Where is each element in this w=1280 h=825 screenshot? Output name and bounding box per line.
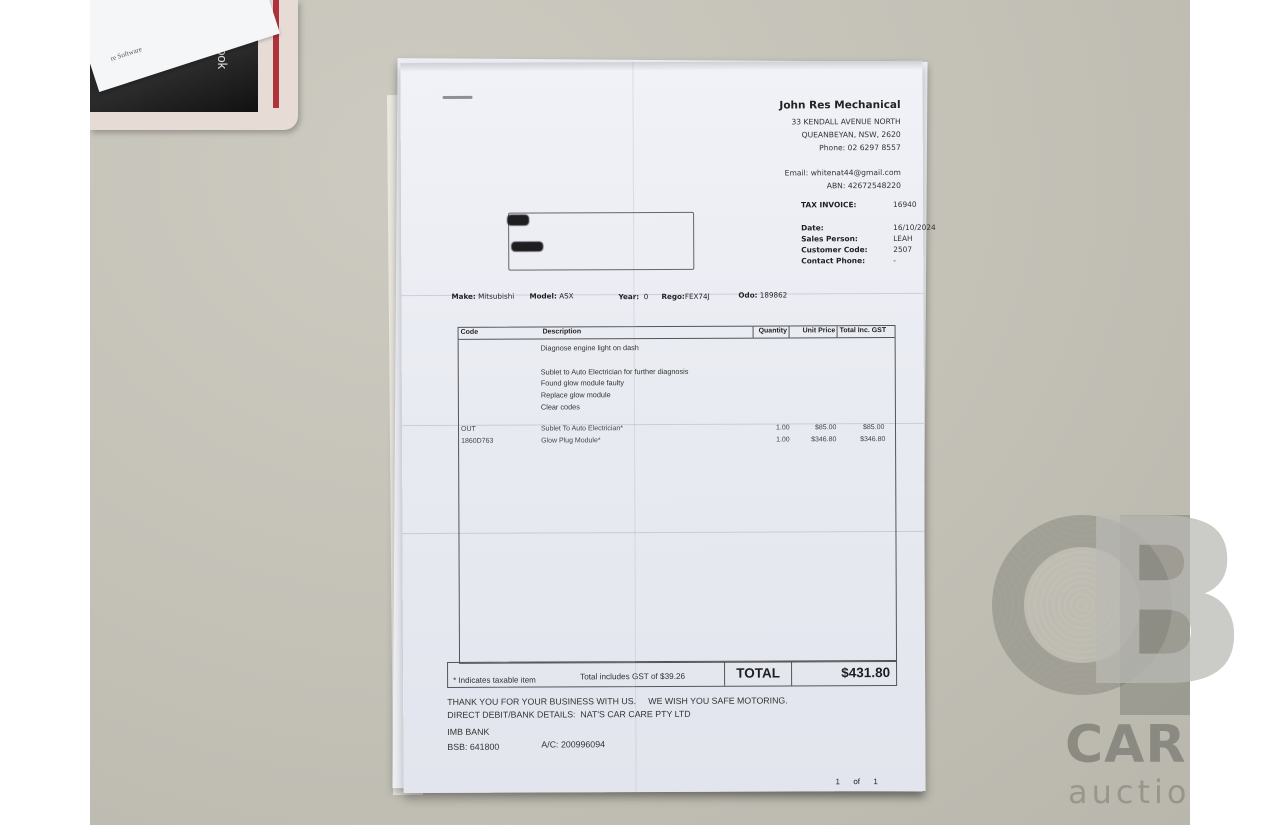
model-label: Model: <box>529 291 556 300</box>
bank-details: DIRECT DEBIT/BANK DETAILS: NAT'S CAR CAR… <box>447 707 690 723</box>
company-header: John Res Mechanical 33 KENDALL AVENUE NO… <box>779 99 901 193</box>
photo-background: ion book re Software John Res Mechanical… <box>90 0 1190 825</box>
total-amount: $431.80 <box>841 661 890 685</box>
tax-invoice-label: TAX INVOICE: <box>801 199 893 210</box>
header-quantity: Quantity <box>759 327 787 334</box>
page-total: 1 <box>873 777 877 786</box>
sales-person-label: Sales Person: <box>801 233 893 244</box>
company-address-1: 33 KENDALL AVENUE NORTH <box>779 115 900 129</box>
table-header: Code Description Quantity Unit Price Tot… <box>459 326 895 340</box>
page-number: 1 of 1 <box>836 777 878 786</box>
bank-name: IMB BANK <box>447 725 489 740</box>
row-description: Glow Plug Module* <box>541 437 601 444</box>
row-quantity: 1.00 <box>776 436 790 443</box>
header-code: Code <box>461 329 479 336</box>
company-address-2: QUEANBEYAN, NSW, 2620 <box>780 128 901 142</box>
row-unit-price: $346.80 <box>811 436 836 443</box>
service-booklet: ion book re Software <box>90 0 305 148</box>
page-of: of <box>853 777 860 786</box>
gst-note: Total includes GST of $39.26 <box>580 672 685 681</box>
redaction-mark <box>511 242 543 252</box>
year-label: Year: <box>618 292 639 301</box>
bsb-number: BSB: 641800 <box>447 740 499 755</box>
row-unit-price: $85.00 <box>815 424 836 431</box>
table-row: 1860D763 Glow Plug Module* 1.00 $346.80 … <box>459 436 895 450</box>
row-code: 1860D763 <box>461 438 493 445</box>
odo-value: 189862 <box>760 290 787 299</box>
job-note <box>541 354 689 366</box>
customer-code-value: 2507 <box>893 244 912 255</box>
job-note: Sublet to Auto Electrician for further d… <box>541 365 689 377</box>
company-abn: ABN: 42672548220 <box>780 179 901 193</box>
odo-label: Odo: <box>738 291 757 300</box>
page-current: 1 <box>836 777 840 786</box>
date-value: 16/10/2024 <box>893 222 936 233</box>
company-email: Email: whitenat44@gmail.com <box>780 166 901 180</box>
row-total: $85.00 <box>863 424 884 431</box>
job-note: Replace glow module <box>541 389 689 401</box>
row-code: OUT <box>461 426 476 433</box>
job-notes: Diagnose engine light on dash Sublet to … <box>541 342 689 413</box>
contact-phone-value: - <box>893 255 896 266</box>
watermark-b-letter: B <box>1075 490 1250 720</box>
header-unit-price: Unit Price <box>803 327 836 334</box>
job-note: Found glow module faulty <box>541 377 689 389</box>
make-label: Make: <box>451 292 475 301</box>
row-description: Sublet To Auto Electrician* <box>541 425 623 432</box>
year-value: 0 <box>644 292 649 301</box>
watermark-tagline: auctionplace <box>1068 773 1190 811</box>
invoice-line-items-table: Code Description Quantity Unit Price Tot… <box>458 325 897 664</box>
tax-invoice-number: 16940 <box>893 199 917 210</box>
redaction-mark <box>507 215 529 226</box>
job-note: Diagnose engine light on dash <box>541 342 689 354</box>
model-value: ASX <box>559 291 573 300</box>
company-phone: Phone: 02 6297 8557 <box>780 141 901 155</box>
rego-value: FEX74J <box>685 292 710 301</box>
page-top-edge <box>400 61 922 71</box>
rego-label: Rego: <box>661 292 684 301</box>
tax-invoice-page: John Res Mechanical 33 KENDALL AVENUE NO… <box>400 61 925 793</box>
row-total: $346.80 <box>860 436 885 443</box>
taxable-note: * Indicates taxable item <box>453 676 536 685</box>
staple-icon <box>443 96 473 99</box>
total-label: TOTAL <box>724 661 792 685</box>
invoice-total-row: * Indicates taxable item Total includes … <box>447 660 897 688</box>
account-number: A/C: 200996094 <box>541 737 605 752</box>
customer-code-label: Customer Code: <box>801 244 893 255</box>
contact-phone-label: Contact Phone: <box>801 255 893 266</box>
make-value: Mitsubishi <box>478 292 514 301</box>
row-quantity: 1.00 <box>776 424 790 431</box>
customer-address-box <box>508 212 694 271</box>
job-note: Clear codes <box>541 401 689 413</box>
company-name: John Res Mechanical <box>779 99 900 112</box>
date-label: Date: <box>801 222 893 233</box>
header-description: Description <box>543 328 582 335</box>
invoice-meta: TAX INVOICE:16940 Date:16/10/2024 Sales … <box>801 199 936 267</box>
line-items: OUT Sublet To Auto Electrician* 1.00 $85… <box>459 424 895 426</box>
header-total: Total Inc. GST <box>840 327 887 334</box>
sales-person-value: LEAH <box>893 233 912 244</box>
